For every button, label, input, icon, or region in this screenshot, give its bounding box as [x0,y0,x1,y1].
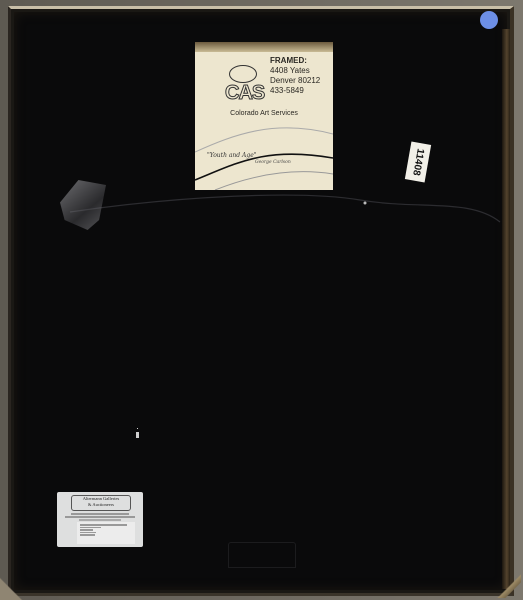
gallery-address-illegible [63,512,137,522]
dust-speck [136,432,139,438]
artwork-title: "Youth and Age" [207,152,257,159]
gallery-label: Altermann Galleries & Auctioneers [57,492,143,547]
frame-corner-bottom-right [497,568,521,598]
framer-label: CAS FRAMED: 4408 Yates Denver 80212 433-… [195,42,333,190]
framer-logo-emblem-icon [229,65,257,83]
photo-stage: CAS FRAMED: 4408 Yates Denver 80212 433-… [0,0,523,600]
tape-strip [195,42,333,52]
address-line: Denver 80212 [270,76,320,86]
framed-heading: FRAMED: [270,56,307,66]
embossed-stamp [228,542,296,568]
phone-number: 433-5849 [270,86,320,96]
artist-name: George Carlson [255,160,291,165]
frame-right-edge [502,29,510,589]
blue-dot-marker [480,11,498,29]
gallery-details-illegible [77,522,135,544]
framer-address: 4408 Yates Denver 80212 433-5849 [270,66,320,96]
gallery-name: Altermann Galleries & Auctioneers [71,495,131,511]
frame-corner-bottom-left [0,570,30,600]
gallery-name-line: & Auctioneers [72,502,130,508]
address-line: 4408 Yates [270,66,320,76]
inventory-number: 11408 [410,148,426,177]
framer-logo-text: CAS [225,82,264,105]
dust-speck [137,428,138,429]
